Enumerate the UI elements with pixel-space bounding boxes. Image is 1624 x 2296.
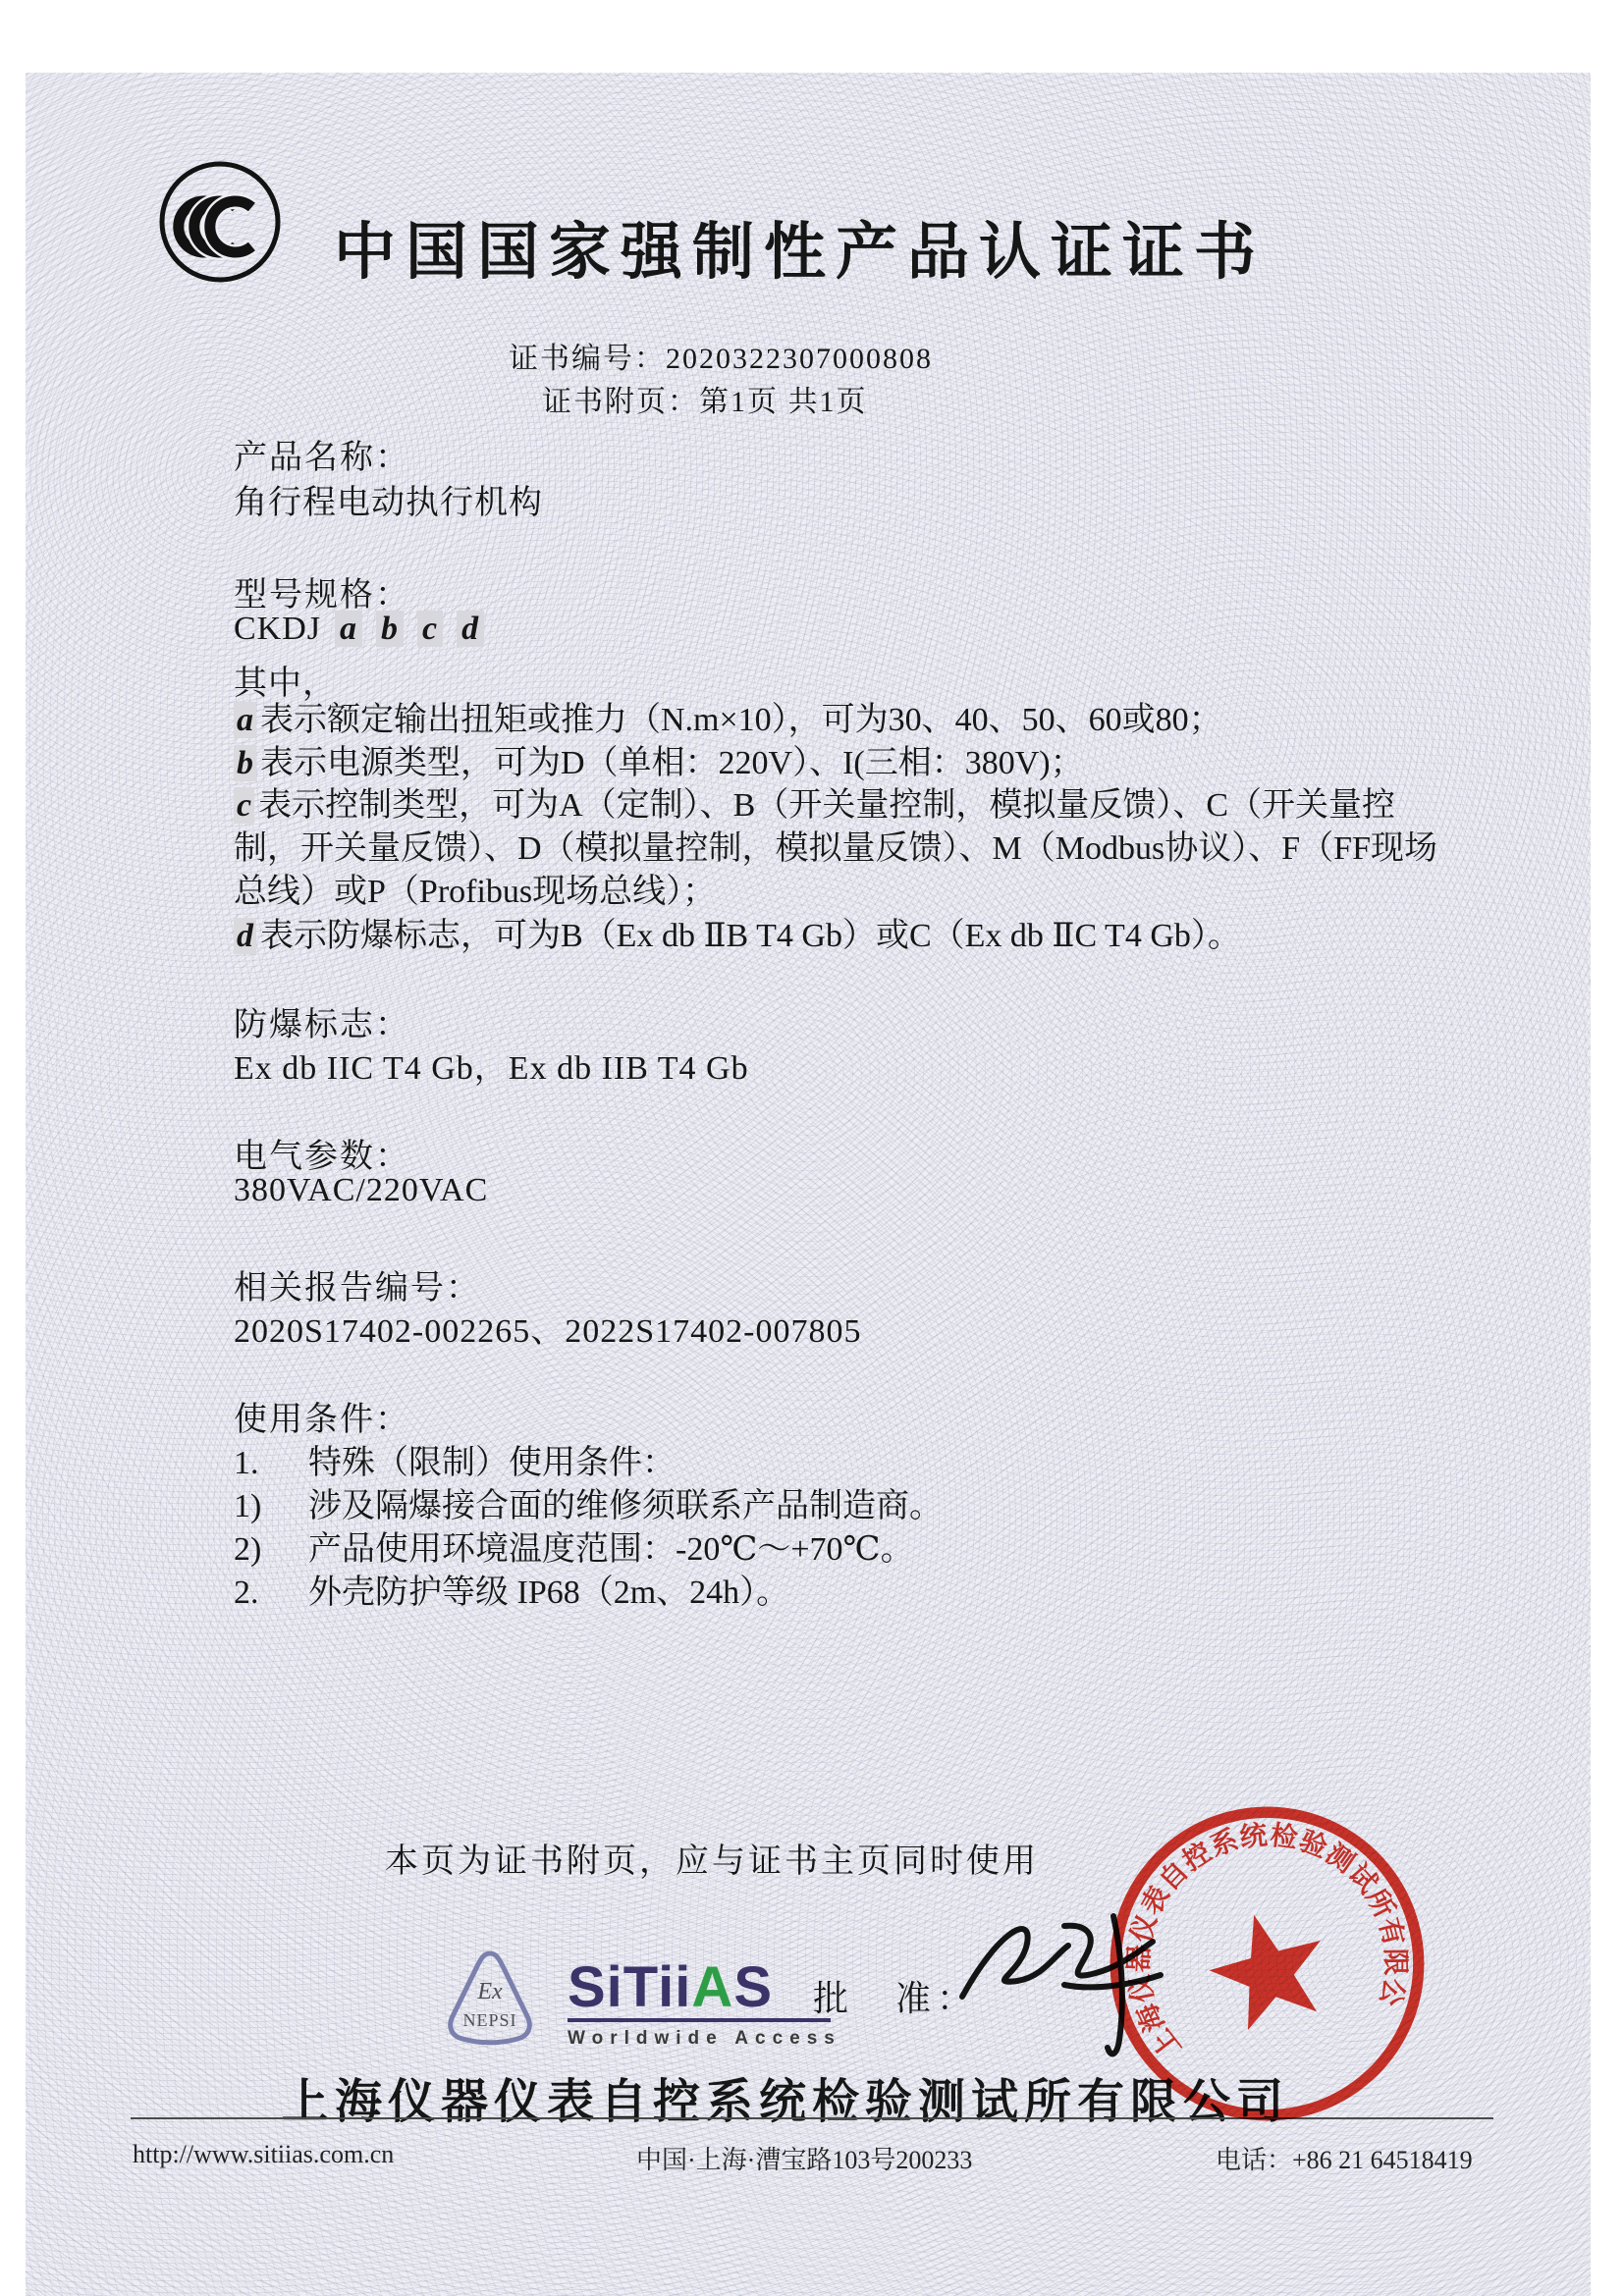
reports-value: 2020S17402-002265、2022S17402-007805 bbox=[234, 1304, 861, 1352]
sitiias-wordmark: SiTiiAS bbox=[568, 1959, 841, 2016]
sitiias-word-part1: SiTii bbox=[568, 1955, 691, 2019]
model-item-a: a表示额定输出扭矩或推力（N.m×10），可为30、40、50、60或80； bbox=[234, 698, 1222, 742]
model-code-line: CKDJabcd bbox=[234, 611, 484, 648]
condition-2-text: 涉及隔爆接合面的维修须联系产品制造商。 bbox=[308, 1488, 943, 1524]
footer-url: http://www.sitiias.com.cn bbox=[133, 2140, 394, 2169]
attach-page-line: 证书附页：第1页 共1页 bbox=[542, 377, 868, 420]
model-among-line: 其中， bbox=[234, 656, 337, 704]
model-code-var-c: c bbox=[417, 611, 443, 647]
condition-1-number: 1. bbox=[234, 1445, 308, 1482]
footer-address: 中国·上海·漕宝路103号200233 bbox=[636, 2140, 972, 2176]
model-item-a-var: a bbox=[234, 702, 256, 738]
cert-number-value: 2020322307000808 bbox=[666, 343, 933, 375]
sitiias-logo: SiTiiAS Worldwide Access bbox=[568, 1959, 841, 2050]
product-name-value: 角行程电动执行机构 bbox=[234, 475, 543, 523]
certificate-page: 中国国家强制性产品认证证书 证书编号：2020322307000808 证书附页… bbox=[0, 0, 1624, 2296]
model-item-d-var: d bbox=[234, 918, 256, 954]
model-item-c: c表示控制类型，可为A（定制）、B（开关量控制，模拟量反馈）、C（开关量控制，开… bbox=[234, 784, 1451, 914]
footer-phone: 电话：+86 21 64518419 bbox=[1216, 2140, 1473, 2176]
model-item-d-text: 表示防爆标志，可为B（Ex db ⅡB T4 Gb）或C（Ex db ⅡC T4… bbox=[260, 918, 1241, 954]
condition-3-number: 2) bbox=[234, 1531, 308, 1569]
ex-mark-value: Ex db IIC T4 Gb，Ex db IIB T4 Gb bbox=[234, 1041, 749, 1089]
attach-page-value: 第1页 共1页 bbox=[699, 386, 868, 418]
sitiias-tagline: Worldwide Access bbox=[568, 2028, 841, 2050]
page-title: 中国国家强制性产品认证证书 bbox=[334, 202, 1266, 292]
model-code-var-b: b bbox=[376, 611, 404, 647]
nepsi-ex-text: Ex bbox=[476, 1979, 503, 2004]
nepsi-triangle-icon: Ex NEPSI bbox=[440, 1946, 540, 2054]
condition-row-3: 2)产品使用环境温度范围：-20℃～+70℃。 bbox=[234, 1522, 914, 1570]
condition-1-text: 特殊（限制）使用条件： bbox=[308, 1445, 676, 1481]
model-code-var-a: a bbox=[335, 611, 362, 647]
attachment-note: 本页为证书附页，应与证书主页同时使用 bbox=[385, 1834, 1039, 1882]
condition-3-text: 产品使用环境温度范围：-20℃～+70℃。 bbox=[308, 1531, 914, 1568]
condition-row-4: 2.外壳防护等级 IP68（2m、24h）。 bbox=[234, 1565, 789, 1613]
sitiias-word-part3: S bbox=[733, 1955, 773, 2019]
model-item-c-var: c bbox=[234, 787, 254, 824]
condition-2-number: 1) bbox=[234, 1488, 308, 1525]
condition-row-2: 1)涉及隔爆接合面的维修须联系产品制造商。 bbox=[234, 1478, 943, 1526]
nepsi-ex-logo: Ex NEPSI bbox=[440, 1946, 540, 2054]
ccc-logo-graphic bbox=[155, 157, 285, 287]
electrical-label: 电气参数： bbox=[234, 1129, 410, 1177]
ccc-mark-logo bbox=[155, 157, 285, 287]
model-spec-label: 型号规格： bbox=[234, 567, 410, 615]
nepsi-name-text: NEPSI bbox=[462, 2010, 516, 2030]
product-name-label: 产品名称： bbox=[234, 430, 410, 478]
model-code-var-d: d bbox=[457, 611, 484, 647]
model-item-c-text: 表示控制类型，可为A（定制）、B（开关量控制，模拟量反馈）、C（开关量控制，开关… bbox=[234, 787, 1437, 910]
seal-star-icon bbox=[1198, 1900, 1337, 2036]
condition-row-1: 1.特殊（限制）使用条件： bbox=[234, 1435, 676, 1483]
model-item-b-var: b bbox=[234, 745, 256, 781]
condition-4-text: 外壳防护等级 IP68（2m、24h）。 bbox=[308, 1575, 789, 1611]
model-item-d: d表示防爆标志，可为B（Ex db ⅡB T4 Gb）或C（Ex db ⅡC T… bbox=[234, 914, 1241, 958]
model-code-prefix: CKDJ bbox=[234, 611, 321, 647]
model-item-b: b表示电源类型，可为D（单相：220V）、I(三相：380V)； bbox=[234, 741, 1084, 785]
model-item-b-text: 表示电源类型，可为D（单相：220V）、I(三相：380V)； bbox=[260, 745, 1084, 781]
attach-page-label: 证书附页： bbox=[542, 386, 699, 418]
model-item-a-text: 表示额定输出扭矩或推力（N.m×10），可为30、40、50、60或80； bbox=[260, 702, 1222, 738]
cert-number-label: 证书编号： bbox=[509, 343, 666, 375]
conditions-label: 使用条件： bbox=[234, 1392, 410, 1440]
electrical-value: 380VAC/220VAC bbox=[234, 1172, 488, 1209]
reports-label: 相关报告编号： bbox=[234, 1260, 481, 1308]
sitiias-word-part2: A bbox=[691, 1955, 733, 2019]
ex-mark-label: 防爆标志： bbox=[234, 997, 410, 1045]
cert-number-line: 证书编号：2020322307000808 bbox=[509, 334, 933, 377]
condition-4-number: 2. bbox=[234, 1575, 308, 1612]
